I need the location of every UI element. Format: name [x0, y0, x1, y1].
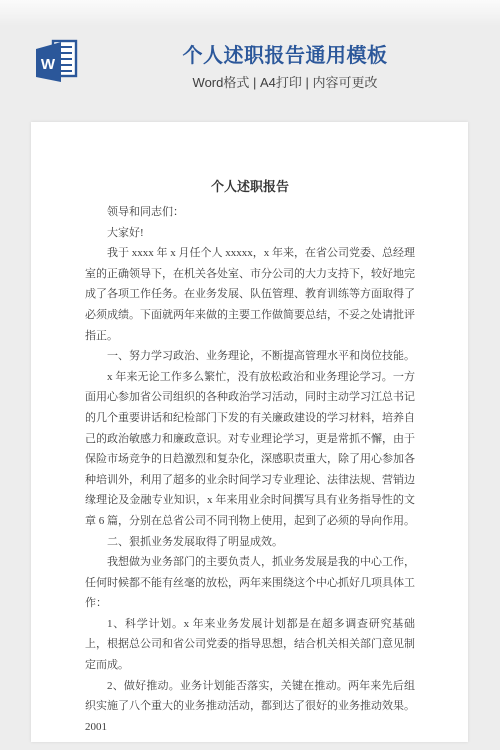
document-preview-page: 个人述职报告 领导和同志们： 大家好! 我于 xxxx 年 x 月任个人 xxx…	[31, 122, 468, 742]
header-text-block: 个人述职报告通用模板 Word格式 | A4打印 | 内容可更改	[70, 44, 500, 91]
paragraph-section-2-heading: 二、狠抓业务发展取得了明显成效。	[85, 532, 415, 553]
paragraph-section-1-body: x 年来无论工作多么繁忙，没有放松政治和业务理论学习。一方面用心参加省公司组织的…	[85, 367, 415, 532]
paragraph-item-2: 2、做好推动。业务计划能否落实，关键在推动。两年来先后组织实施了八个重大的业务推…	[85, 676, 415, 738]
document-title: 个人述职报告	[85, 178, 415, 196]
paragraph-item-1: 1、科学计划。x 年来业务发展计划都是在超多调查研究基础上，根据总公司和省公司党…	[85, 614, 415, 676]
paragraph-section-2-intro: 我想做为业务部门的主要负责人，抓业务发展是我的中心工作，任何时候都不能有丝毫的放…	[85, 552, 415, 614]
svg-text:W: W	[41, 56, 56, 73]
document-content: 个人述职报告 领导和同志们： 大家好! 我于 xxxx 年 x 月任个人 xxx…	[31, 122, 468, 737]
paragraph-section-1-heading: 一、努力学习政治、业务理论，不断提高管理水平和岗位技能。	[85, 346, 415, 367]
document-body: 领导和同志们： 大家好! 我于 xxxx 年 x 月任个人 xxxxx，x 年来…	[85, 202, 415, 737]
page: { "colors": { "accent_blue": "#2b579a", …	[0, 0, 500, 750]
paragraph-intro: 我于 xxxx 年 x 月任个人 xxxxx，x 年来，在省公司党委、总经理室的…	[85, 243, 415, 346]
template-format-info: Word格式 | A4打印 | 内容可更改	[70, 75, 500, 91]
paragraph-salutation: 领导和同志们：	[85, 202, 415, 223]
paragraph-greeting: 大家好!	[85, 223, 415, 244]
template-header: W 个人述职报告通用模板 Word格式 | A4打印 | 内容可更改	[0, 0, 500, 118]
template-title: 个人述职报告通用模板	[70, 44, 500, 68]
